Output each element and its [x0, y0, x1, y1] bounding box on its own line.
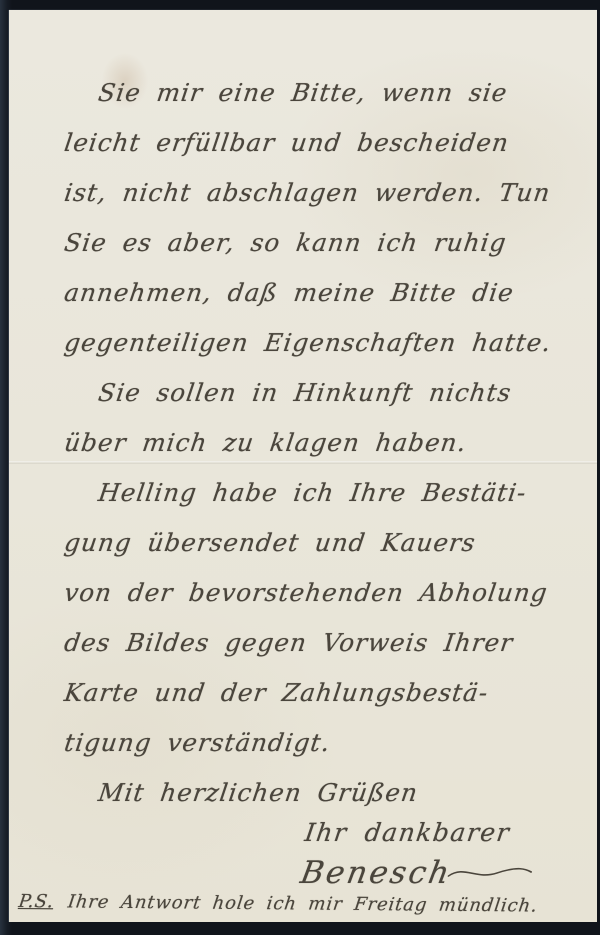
signature-flourish-icon	[446, 863, 535, 881]
postscript-text: Ihre Antwort hole ich mir Freitag mündli…	[67, 891, 540, 916]
letter-line: Sie es aber, so kann ich ruhig	[61, 218, 578, 268]
letter-line: tigung verständigt.	[61, 718, 578, 768]
letter-line: annehmen, daß meine Bitte die	[61, 268, 578, 318]
letter-line: über mich zu klagen haben.	[61, 418, 578, 468]
letter-line: Helling habe ich Ihre Bestäti-	[61, 468, 578, 518]
letter-page: Sie mir eine Bitte, wenn sie leicht erfü…	[9, 10, 597, 922]
letter-line: Sie mir eine Bitte, wenn sie	[61, 68, 578, 118]
letter-line: leicht erfüllbar und bescheiden	[61, 118, 578, 168]
letter-line: gegenteiligen Eigenschaften hatte.	[61, 318, 578, 368]
letter-line: ist, nicht abschlagen werden. Tun	[61, 168, 578, 218]
letter-body: Sie mir eine Bitte, wenn sie leicht erfü…	[61, 68, 571, 818]
postscript: P.S.Ihre Antwort hole ich mir Freitag mü…	[17, 889, 600, 920]
signature: Benesch	[297, 850, 537, 896]
letter-line: von der bevorstehenden Abholung	[61, 568, 578, 618]
postscript-label: P.S.	[17, 891, 55, 912]
letter-line: Sie sollen in Hinkunft nichts	[61, 368, 578, 418]
letter-line: Karte und der Zahlungsbestä-	[61, 668, 578, 718]
letter-line: des Bildes gegen Vorweis Ihrer	[61, 618, 578, 668]
signature-name: Benesch	[298, 855, 455, 891]
letter-line: gung übersendet und Kauers	[61, 518, 578, 568]
